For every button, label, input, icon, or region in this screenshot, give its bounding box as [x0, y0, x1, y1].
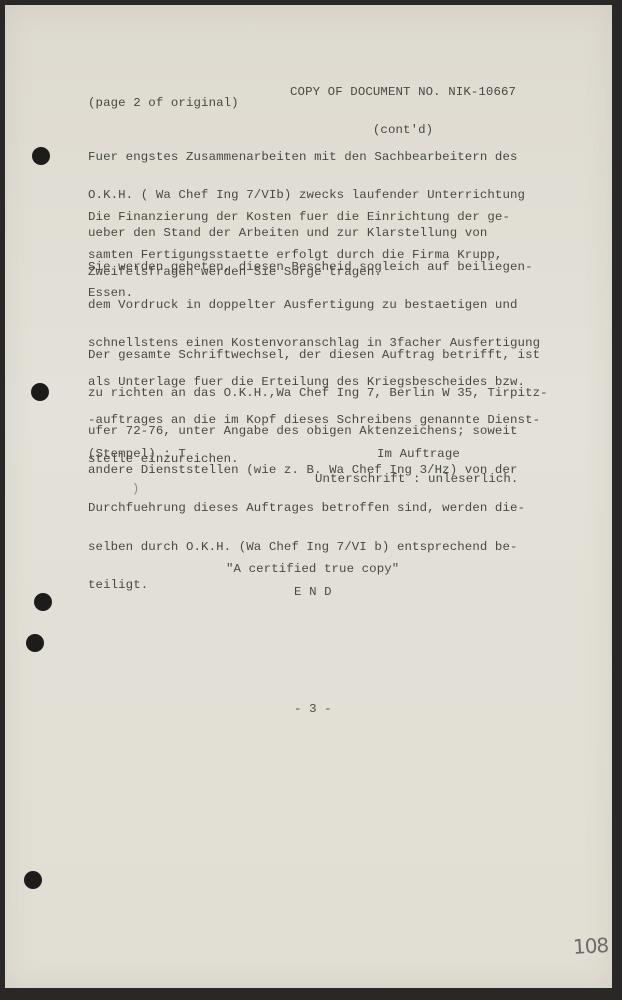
stray-mark: ) [132, 482, 139, 496]
punch-hole [31, 383, 49, 401]
certification-note: "A certified true copy" [226, 563, 399, 576]
page-note: (page 2 of original) [88, 97, 239, 110]
page-number: - 3 - [294, 703, 332, 716]
punch-hole [34, 593, 52, 611]
punch-hole [24, 871, 42, 889]
on-behalf-line: Im Auftrage [377, 448, 460, 461]
end-marker: E N D [294, 586, 332, 599]
punch-hole [26, 634, 44, 652]
stamp-line: (Stempel) : T [88, 448, 186, 461]
signature-line: Unterschrift : unleserlich. [315, 473, 518, 486]
document-title: COPY OF DOCUMENT NO. NIK-10667 [290, 86, 516, 99]
handwritten-folio-number: 108 [572, 933, 608, 959]
punch-hole [32, 147, 50, 165]
